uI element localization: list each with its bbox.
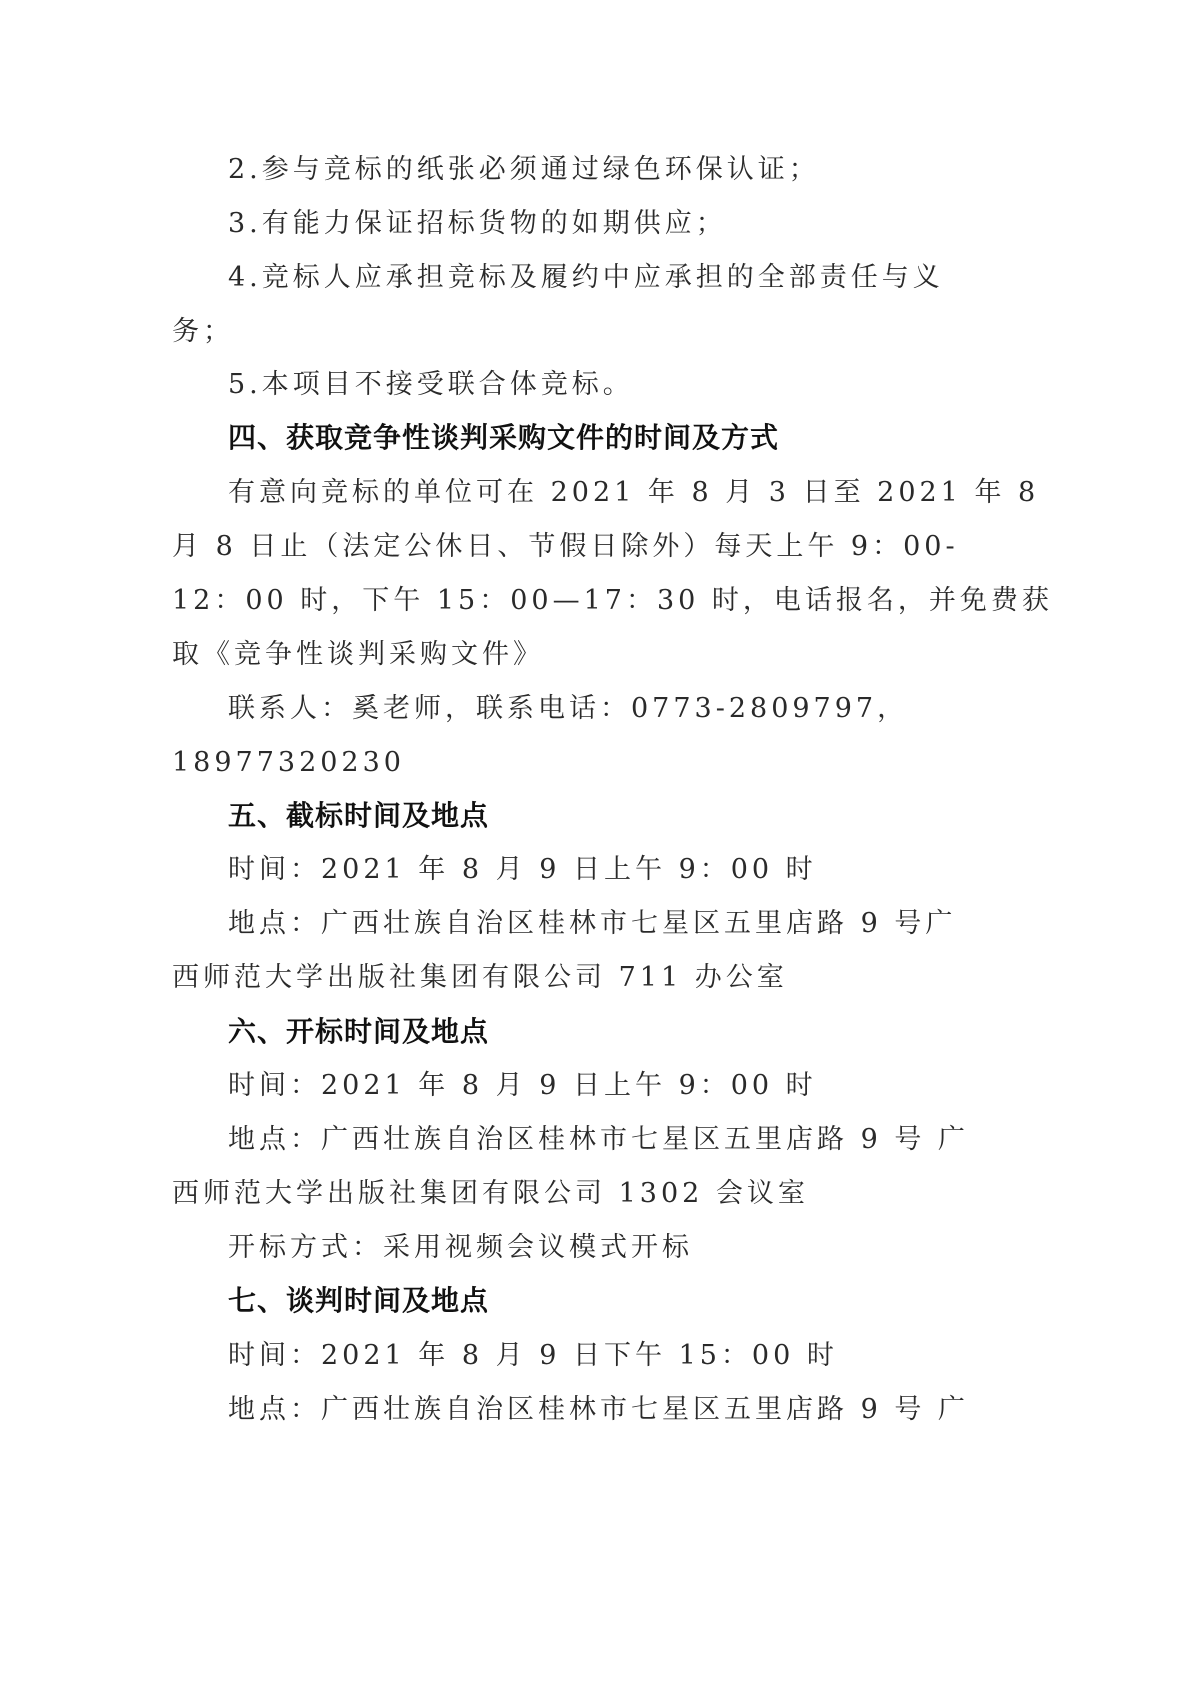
opening-time: 时间：2021 年 8 月 9 日上午 9：00 时	[228, 1066, 817, 1106]
deadline-time: 时间：2021 年 8 月 9 日上午 9：00 时	[228, 850, 817, 890]
opening-location-line-1: 地点：广西壮族自治区桂林市七星区五里店路 9 号 广	[228, 1120, 969, 1160]
requirement-4: 4.竞标人应承担竞标及履约中应承担的全部责任与义	[228, 258, 944, 298]
negotiation-location-line-1: 地点：广西壮族自治区桂林市七星区五里店路 9 号 广	[228, 1390, 969, 1430]
contact-mobile: 18977320230	[172, 743, 405, 783]
acquisition-paragraph-line-2: 月 8 日止（法定公休日、节假日除外）每天上午 9：00-	[172, 527, 959, 567]
section-heading-6: 六、开标时间及地点	[228, 1012, 489, 1052]
section-heading-7: 七、谈判时间及地点	[228, 1281, 489, 1321]
section-heading-4: 四、获取竞争性谈判采购文件的时间及方式	[228, 418, 779, 458]
requirement-4-continued: 务；	[172, 312, 234, 352]
requirement-2: 2.参与竞标的纸张必须通过绿色环保认证；	[228, 150, 820, 190]
opening-method: 开标方式：采用视频会议模式开标	[228, 1228, 693, 1268]
deadline-location-line-1: 地点：广西壮族自治区桂林市七星区五里店路 9 号广	[228, 904, 956, 944]
deadline-location-line-2: 西师范大学出版社集团有限公司 711 办公室	[172, 958, 788, 998]
acquisition-paragraph-line-4: 取《竞争性谈判采购文件》	[172, 635, 544, 675]
requirement-3: 3.有能力保证招标货物的如期供应；	[228, 204, 727, 244]
contact-line: 联系人：奚老师，联系电话：0773-2809797，	[228, 689, 908, 729]
negotiation-time: 时间：2021 年 8 月 9 日下午 15：00 时	[228, 1336, 838, 1376]
requirement-5: 5.本项目不接受联合体竞标。	[228, 365, 634, 405]
section-heading-5: 五、截标时间及地点	[228, 796, 489, 836]
opening-location-line-2: 西师范大学出版社集团有限公司 1302 会议室	[172, 1174, 809, 1214]
acquisition-paragraph-line-3: 12：00 时，下午 15：00—17：30 时，电话报名，并免费获	[172, 581, 1053, 621]
acquisition-paragraph-line-1: 有意向竞标的单位可在 2021 年 8 月 3 日至 2021 年 8	[228, 473, 1039, 513]
